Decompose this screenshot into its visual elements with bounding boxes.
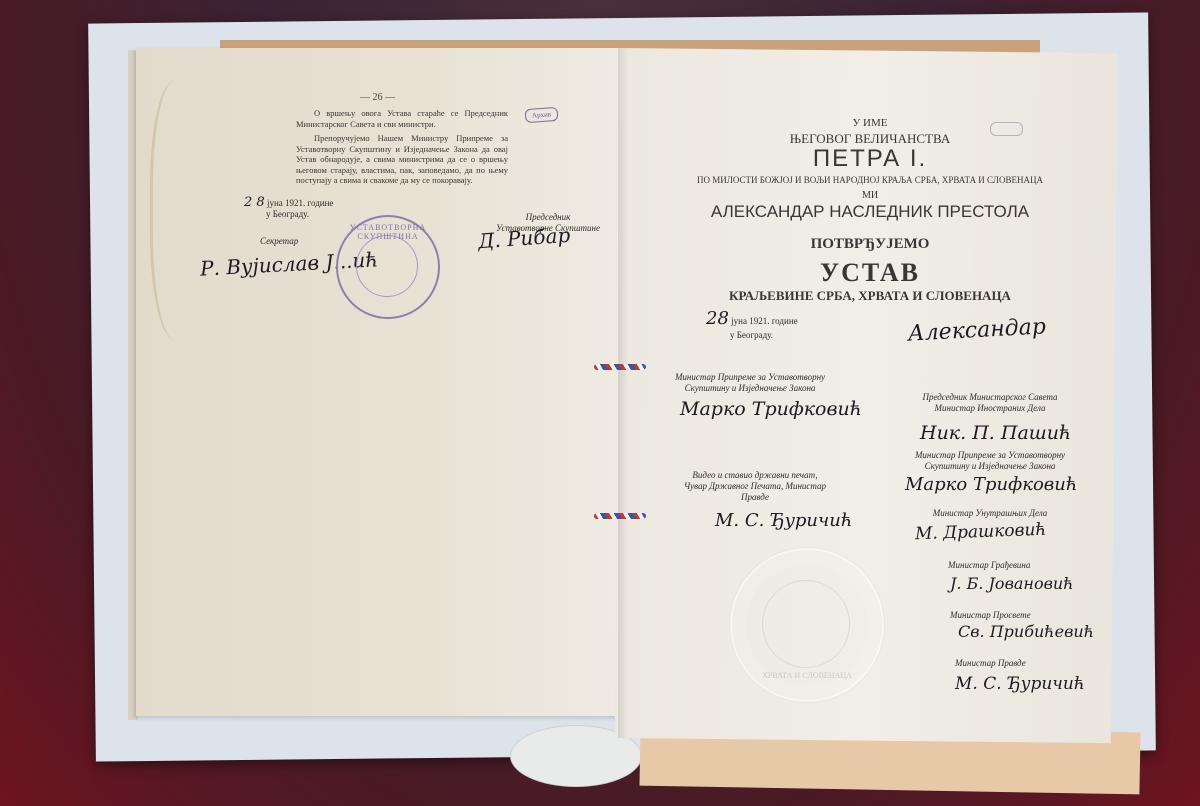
minister-signature: М. С. Ђуричић: [715, 510, 852, 531]
document-title: УСТАВ: [640, 258, 1100, 288]
book-gutter: [618, 48, 628, 738]
minister-label: Министар Правде: [955, 658, 1026, 669]
closing-paragraph-1: О вршењу овога Устава стараће се Председ…: [296, 108, 508, 129]
right-place: у Београду.: [730, 330, 773, 341]
heading-we: МИ: [640, 190, 1100, 201]
tricolor-binding-cord: [594, 513, 646, 519]
tricolor-binding-cord: [594, 364, 646, 370]
page-number: — 26 —: [360, 92, 395, 103]
minister-signature: Св. Прибићевић: [958, 622, 1094, 641]
minister-label: Министар Припреме за Уставотворну Скупшт…: [900, 450, 1080, 472]
minister-signature: Марко Трифковић: [680, 398, 862, 420]
minister-label: Председник Министарског Савета Министар …: [905, 392, 1075, 414]
minister-label: Министар Грађевина: [948, 560, 1030, 571]
heading-alexander: АЛЕКСАНДАР НАСЛЕДНИК ПРЕСТОЛА: [640, 202, 1100, 222]
coat-of-arms-icon: [762, 580, 850, 668]
heading-confirm: ПОТВРЂУЈЕМО: [640, 236, 1100, 253]
minister-signature: Марко Трифковић: [905, 474, 1077, 495]
document-subtitle: КРАЉЕВИНЕ СРБА, ХРВАТА И СЛОВЕНАЦА: [640, 288, 1100, 304]
minister-signature: Ник. П. Пашић: [920, 422, 1071, 444]
right-date: 28 јуна 1921. године: [706, 313, 798, 327]
heading-king-peter: ПЕТРА I.: [640, 145, 1100, 173]
minister-label: Министар Просвете: [950, 610, 1031, 621]
minister-label: Министар Унутрашњих Дела: [905, 508, 1075, 519]
closing-paragraph-2: Препоручујемо Нашем Министру Припреме за…: [296, 133, 508, 186]
heading-in-the-name: У ИМЕ: [640, 117, 1100, 129]
water-stain: [150, 80, 213, 340]
heading-by-grace: ПО МИЛОСТИ БОЖЈОЈ И ВОЉИ НАРОДНОЈ КРАЉА …: [640, 175, 1100, 185]
minister-signature: М. С. Ђуричић: [955, 674, 1085, 694]
minister-signature: Ј. Б. Јовановић: [950, 574, 1074, 593]
embossed-state-seal: ХРВАТА И СЛОВЕНАЦА: [730, 548, 884, 702]
coat-of-arms-icon: [356, 235, 418, 297]
assembly-round-stamp: УСТАВОТВОРНА СКУПШТИНА: [336, 215, 440, 319]
left-date: 2 8 јуна 1921. године: [244, 197, 333, 209]
secretary-label: Секретар: [260, 236, 298, 247]
minister-label: Видео и ставио државни печат, Чувар Држа…: [680, 470, 830, 503]
archive-stamp-faded: Архив: [990, 122, 1023, 136]
archive-stamp: Архив: [525, 107, 559, 123]
minister-label: Министар Припреме за Уставотворну Скупшт…: [670, 372, 830, 394]
left-place: у Београду.: [266, 209, 309, 220]
